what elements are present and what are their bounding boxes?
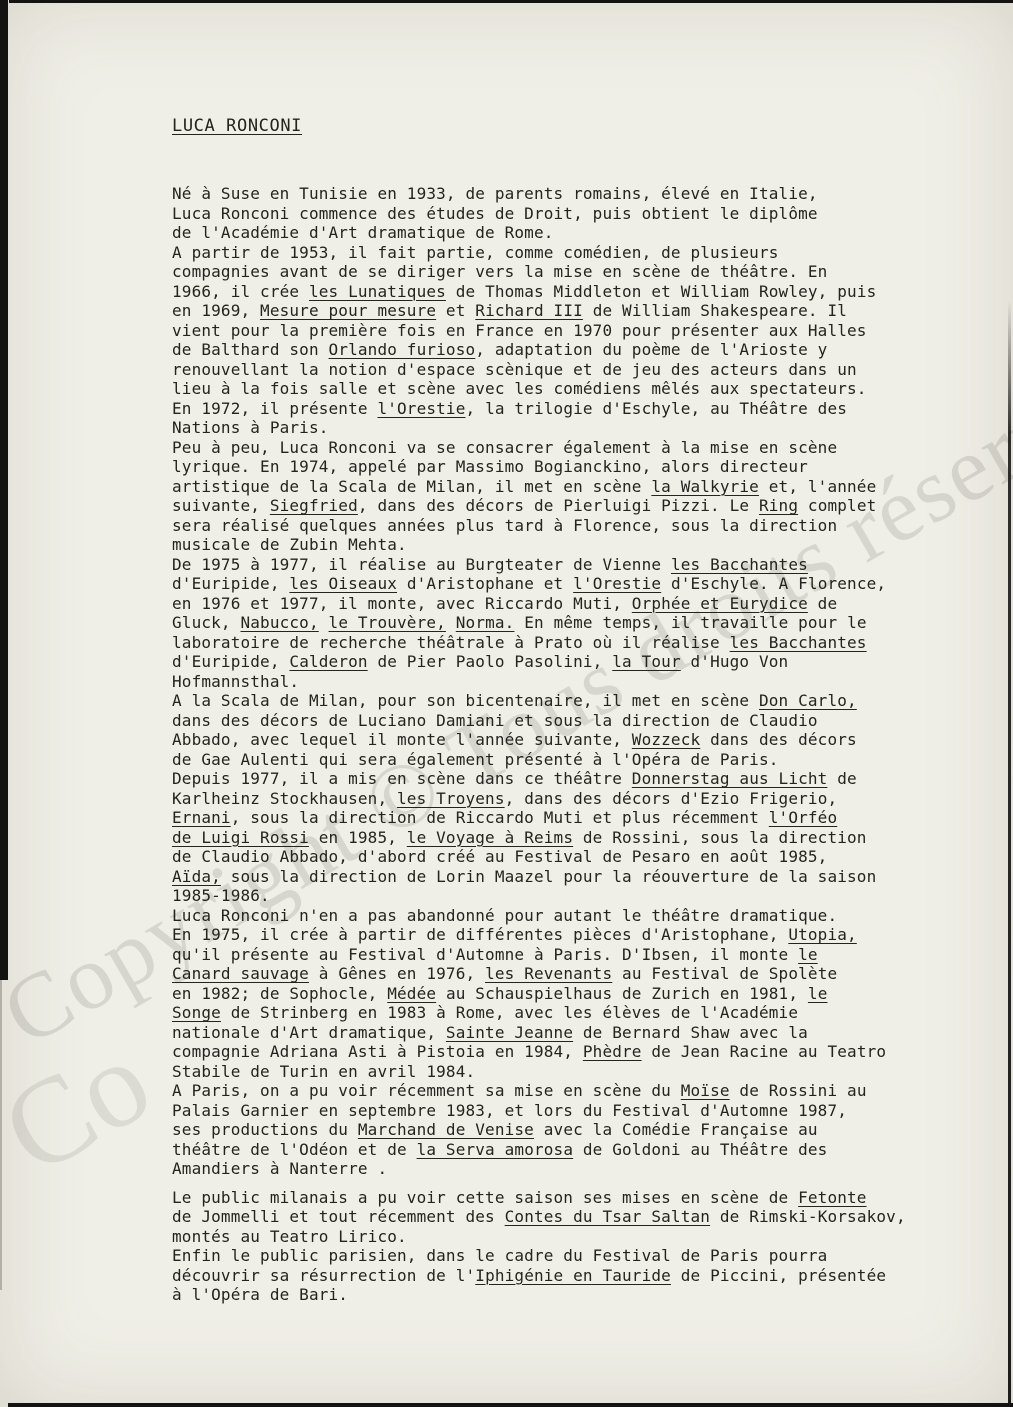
text-line: Songe de Strinberg en 1983 à Rome, avec …: [172, 1003, 952, 1023]
text-line: montés au Teatro Lirico.: [172, 1227, 952, 1247]
text-line: musicale de Zubin Mehta.: [172, 535, 952, 555]
text-line: Abbado, avec lequel il monte l'année sui…: [172, 730, 952, 750]
text-line: Palais Garnier en septembre 1983, et lor…: [172, 1101, 952, 1121]
page-title: LUCA RONCONI: [172, 116, 952, 136]
text-line: de l'Académie d'Art dramatique de Rome.: [172, 223, 952, 243]
text-line: Gluck, Nabucco, le Trouvère, Norma. En m…: [172, 613, 952, 633]
text-line: Amandiers à Nanterre .: [172, 1159, 952, 1179]
text-line: de Gae Aulenti qui sera également présen…: [172, 750, 952, 770]
text-line: Né à Suse en Tunisie en 1933, de parents…: [172, 184, 952, 204]
text-line: 1966, il crée les Lunatiques de Thomas M…: [172, 282, 952, 302]
text-line: laboratoire de recherche théâtrale à Pra…: [172, 633, 952, 653]
text-line: Karlheinz Stockhausen, les Troyens, dans…: [172, 789, 952, 809]
text-line: Enfin le public parisien, dans le cadre …: [172, 1246, 952, 1266]
text-line: Luca Ronconi commence des études de Droi…: [172, 204, 952, 224]
text-line: Hofmannsthal.: [172, 672, 952, 692]
paragraph: Luca Ronconi n'en a pas abandonné pour a…: [172, 906, 952, 1082]
text-line: De 1975 à 1977, il réalise au Burgteater…: [172, 555, 952, 575]
text-line: Depuis 1977, il a mis en scène dans ce t…: [172, 769, 952, 789]
scanned-page: Copyright © Tous droits réservés. Co LUC…: [0, 0, 1013, 1407]
text-line: d'Euripide, les Oiseaux d'Aristophane et…: [172, 574, 952, 594]
paragraph: A la Scala de Milan, pour son bicentenai…: [172, 691, 952, 769]
scan-border-left: [0, 0, 8, 980]
paragraph: Né à Suse en Tunisie en 1933, de parents…: [172, 184, 952, 243]
text-line: A Paris, on a pu voir récemment sa mise …: [172, 1081, 952, 1101]
paragraph: Depuis 1977, il a mis en scène dans ce t…: [172, 769, 952, 906]
text-line: Aïda, sous la direction de Lorin Maazel …: [172, 867, 952, 887]
paragraph: Enfin le public parisien, dans le cadre …: [172, 1246, 952, 1305]
text-line: 1985-1986.: [172, 886, 952, 906]
document-body: Né à Suse en Tunisie en 1933, de parents…: [172, 184, 952, 1305]
text-line: suivante, Siegfried, dans des décors de …: [172, 496, 952, 516]
text-line: de Jommelli et tout récemment des Contes…: [172, 1207, 952, 1227]
text-line: Le public milanais a pu voir cette saiso…: [172, 1188, 952, 1208]
page-title-text: LUCA RONCONI: [172, 116, 302, 136]
text-line: Peu à peu, Luca Ronconi va se consacrer …: [172, 438, 952, 458]
text-line: de Balthard son Orlando furioso, adaptat…: [172, 340, 952, 360]
text-line: dans des décors de Luciano Damiani et so…: [172, 711, 952, 731]
text-line: vient pour la première fois en France en…: [172, 321, 952, 341]
text-line: de Claudio Abbado, d'abord créé au Festi…: [172, 847, 952, 867]
text-line: renouvellant la notion d'espace scènique…: [172, 360, 952, 380]
paragraph: Le public milanais a pu voir cette saiso…: [172, 1188, 952, 1247]
text-line: théâtre de l'Odéon et de la Serva amoros…: [172, 1140, 952, 1160]
paragraph: A Paris, on a pu voir récemment sa mise …: [172, 1081, 952, 1179]
text-line: sera réalisé quelques années plus tard à…: [172, 516, 952, 536]
scan-border-bottom: [8, 1403, 1013, 1407]
paragraph: Peu à peu, Luca Ronconi va se consacrer …: [172, 438, 952, 555]
watermark-fragment: Co: [0, 1011, 173, 1203]
text-line: Ernani, sous la direction de Riccardo Mu…: [172, 808, 952, 828]
text-line: En 1972, il présente l'Orestie, la trilo…: [172, 399, 952, 419]
document: LUCA RONCONI Né à Suse en Tunisie en 193…: [172, 116, 952, 1305]
text-line: compagnies avant de se diriger vers la m…: [172, 262, 952, 282]
text-line: en 1969, Mesure pour mesure et Richard I…: [172, 301, 952, 321]
text-line: à l'Opéra de Bari.: [172, 1285, 952, 1305]
paragraph: A partir de 1953, il fait partie, comme …: [172, 243, 952, 438]
text-line: lyrique. En 1974, appelé par Massimo Bog…: [172, 457, 952, 477]
text-line: qu'il présente au Festival d'Automne à P…: [172, 945, 952, 965]
text-line: Stabile de Turin en avril 1984.: [172, 1062, 952, 1082]
text-line: En 1975, il crée à partir de différentes…: [172, 925, 952, 945]
text-line: A partir de 1953, il fait partie, comme …: [172, 243, 952, 263]
text-line: découvrir sa résurrection de l'Iphigénie…: [172, 1266, 952, 1286]
text-line: en 1976 et 1977, il monte, avec Riccardo…: [172, 594, 952, 614]
text-line: artistique de la Scala de Milan, il met …: [172, 477, 952, 497]
text-line: Luca Ronconi n'en a pas abandonné pour a…: [172, 906, 952, 926]
text-line: compagnie Adriana Asti à Pistoia en 1984…: [172, 1042, 952, 1062]
paragraph: De 1975 à 1977, il réalise au Burgteater…: [172, 555, 952, 692]
scan-border-right: [1008, 300, 1011, 1405]
text-line: nationale d'Art dramatique, Sainte Jeann…: [172, 1023, 952, 1043]
scan-border-top: [9, 0, 1013, 3]
text-line: A la Scala de Milan, pour son bicentenai…: [172, 691, 952, 711]
text-line: ses productions du Marchand de Venise av…: [172, 1120, 952, 1140]
text-line: Nations à Paris.: [172, 418, 952, 438]
text-line: en 1982; de Sophocle, Médée au Schauspie…: [172, 984, 952, 1004]
scan-border-left-fade: [0, 980, 2, 1290]
text-line: Canard sauvage à Gênes en 1976, les Reve…: [172, 964, 952, 984]
text-line: de Luigi Rossi en 1985, le Voyage à Reim…: [172, 828, 952, 848]
text-line: lieu à la fois salle et scène avec les c…: [172, 379, 952, 399]
text-line: d'Euripide, Calderon de Pier Paolo Pasol…: [172, 652, 952, 672]
